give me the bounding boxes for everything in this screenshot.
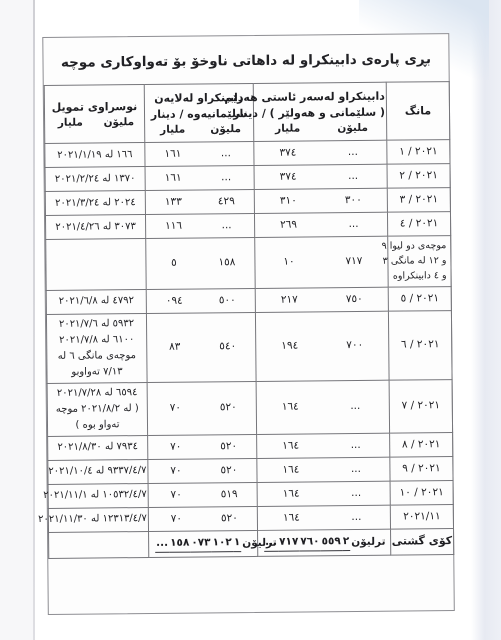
sulaymaniyah-amount-cell: ١٦١... bbox=[145, 141, 254, 166]
region-amount-cell: ١٦٤... bbox=[257, 457, 390, 482]
million-value: ... bbox=[321, 168, 386, 185]
cell-line: ٤٧٩٢ لە ٢٠٢١/٦/٨ bbox=[48, 293, 145, 310]
region-amount-cell: ١٦٤... bbox=[257, 481, 390, 506]
cell-line: ١٦٦ لە ٢٠٢١/١/١٩ bbox=[46, 147, 143, 164]
billion-value: ٨٣ bbox=[148, 339, 201, 356]
region-amount-cell: ١٦٤... bbox=[256, 380, 390, 434]
million-value: ٥٤٠ bbox=[201, 338, 254, 355]
sulaymaniyah-amount-cell: ٧٠٥١٩ bbox=[148, 482, 257, 507]
funding-letter-cell: ١٣٧٠ لە ٢٠٢١/٢/٢٤ bbox=[45, 167, 145, 192]
million-value: ... bbox=[321, 216, 386, 233]
total-funding-cell bbox=[49, 531, 149, 558]
million-value: ٤٢٩ bbox=[200, 193, 253, 210]
billion-value: ١٦٤ bbox=[259, 485, 324, 502]
million-value: ... bbox=[323, 436, 388, 453]
unit-billion-label: ملیار bbox=[146, 124, 199, 137]
month-cell: ٢٠٢١ / ٩ bbox=[390, 456, 453, 481]
table-body: ١٦٦ لە ٢٠٢١/١/١٩١٦١...٣٧٤...٢٠٢١ / ١١٣٧٠… bbox=[45, 140, 454, 532]
cell-line: ٦١٠٠ لە ٢٠٢١/٧/٨ bbox=[48, 332, 145, 349]
month-cell: ٢٠٢١ / ٧ bbox=[389, 379, 453, 433]
total-region-tokens: ...٧١٧٧٦٠٥٥٩٢ترلیۆن bbox=[259, 533, 389, 552]
sulaymaniyah-amount-cell: ٧٠٥٢٠ bbox=[148, 434, 257, 459]
cell-line: ٢٠٢١ / ٣ bbox=[389, 191, 449, 208]
total-sulaymaniyah-tokens: ...١٥٨٠٧٣١٠٢١ترلیۆن bbox=[150, 534, 256, 553]
million-value: ٧٥٠ bbox=[322, 290, 387, 307]
total-label-cell: کۆی گشتی bbox=[391, 528, 454, 555]
sulaymaniyah-amount-cell: ٧٠٥٢٠ bbox=[148, 458, 257, 483]
billion-value: ١٦١ bbox=[147, 170, 200, 187]
total-figure: ١٠٢ bbox=[211, 534, 232, 552]
billion-value: ١٦٤ bbox=[258, 398, 323, 415]
funding-letter-cell: ١٦٦ لە ٢٠٢١/١/١٩ bbox=[45, 143, 145, 168]
region-amount-cell: ٢١٧٧٥٠ bbox=[255, 287, 388, 312]
month-cell: ٢٠٢١ / ٨ bbox=[390, 432, 453, 457]
month-cell: موچەی دو لیوا ٩و ١٢ لە مانگی ٣و ٤ دابینک… bbox=[388, 236, 451, 287]
cell-line: ١٢٣١٣/٤/٧ لە ٢٠٢١/١١/٣٠ bbox=[50, 511, 147, 528]
scanned-sheet: بڕی پارەی دابینکراو لە داهاتی ناوخۆ بۆ ت… bbox=[0, 0, 501, 640]
billion-value: ٢١٧ bbox=[257, 291, 322, 308]
cell-line: ٣٠٧٣ لە ٢٠٢١/٤/٢٦ bbox=[47, 219, 144, 236]
cell-line: ٢٠٢١ / ٤ bbox=[389, 215, 449, 232]
sulaymaniyah-amount-cell: ٨٣٥٤٠ bbox=[146, 312, 256, 382]
sulaymaniyah-amount-cell: ٧٠٥٢٠ bbox=[147, 381, 257, 435]
cell-line: ٧/١٣ تەواوبو bbox=[48, 364, 145, 381]
page-border-frame: بڕی پارەی دابینکراو لە داهاتی ناوخۆ بۆ ت… bbox=[42, 33, 455, 615]
month-cell: ٢٠٢١/١١ bbox=[390, 504, 453, 529]
million-value: ٣٠٠ bbox=[321, 192, 386, 209]
million-value: ٧٠٠ bbox=[322, 337, 387, 354]
grand-total-label: کۆی گشتی bbox=[392, 532, 452, 550]
total-figure: ١٥٨ bbox=[169, 535, 190, 553]
month-cell: ٢٠٢١ / ٥ bbox=[388, 286, 451, 311]
header-row: نوسراوی تمویل ملیار ملیۆن دابینکراو لەلا… bbox=[44, 82, 450, 144]
unit-billion-label: ملیار bbox=[255, 123, 320, 136]
sulaymaniyah-amount-cell: ١٣٣٤٢٩ bbox=[145, 189, 254, 214]
cell-line: تەواو بوە ) bbox=[49, 417, 146, 434]
million-value: ... bbox=[323, 398, 388, 415]
region-amount-cell: ٣١٠٣٠٠ bbox=[254, 188, 387, 213]
month-cell: ٢٠٢١ / ٤ bbox=[387, 212, 450, 237]
sulaymaniyah-amount-cell: ٠٩٤٥٠٠ bbox=[146, 288, 255, 313]
million-value: ... bbox=[320, 144, 385, 161]
month-cell: ٢٠٢١ / ٢ bbox=[387, 164, 450, 189]
billion-value: ٣٧٤ bbox=[255, 144, 320, 161]
cell-line: ٩٣٣٧/٤/٧ لە ٢٠٢١/١٠/٤ bbox=[49, 463, 146, 480]
million-value: ١٥٨ bbox=[200, 254, 253, 271]
million-value: ... bbox=[323, 460, 388, 477]
million-value: ... bbox=[200, 217, 253, 234]
month-cell: ٢٠٢١ / ٦ bbox=[388, 310, 452, 380]
billion-value: ١٦١ bbox=[146, 146, 199, 163]
total-figure: ٧٦٠ bbox=[299, 533, 320, 551]
billion-value: ١١٦ bbox=[147, 218, 200, 235]
funding-letter-cell: ٥٩٣٢ لە ٢٠٢١/٧/٦٦١٠٠ لە ٢٠٢١/٧/٨موچەی ما… bbox=[46, 313, 147, 383]
cell-line: ٦٥٩٤ لە ٢٠٢١/٧/٢٨ bbox=[49, 385, 146, 402]
million-value: ٥٢٠ bbox=[202, 462, 255, 479]
month-label: مانگ bbox=[388, 103, 448, 120]
header-month: مانگ bbox=[386, 82, 450, 141]
million-value: ... bbox=[324, 508, 389, 525]
region-units: ملیار ملیۆن bbox=[255, 122, 385, 135]
cell-line: ٢٠٢١ / ٨ bbox=[391, 436, 451, 453]
billion-value: ٣١٠ bbox=[256, 192, 321, 209]
table-row: ٥٩٣٢ لە ٢٠٢١/٧/٦٦١٠٠ لە ٢٠٢١/٧/٨موچەی ما… bbox=[46, 310, 452, 383]
region-amount-cell: ١٦٤... bbox=[257, 505, 390, 530]
billion-value: ٧٠ bbox=[150, 486, 203, 503]
total-figure: ٠٧٣ bbox=[190, 535, 211, 553]
region-amount-cell: ١٩٤٧٠٠ bbox=[255, 311, 389, 381]
region-amount-cell: ١٠٧١٧ bbox=[255, 236, 388, 288]
million-value: ٥٢٠ bbox=[202, 438, 255, 455]
million-value: ... bbox=[200, 169, 253, 186]
total-figure: ١ bbox=[233, 534, 242, 552]
million-value: ٥١٩ bbox=[203, 486, 256, 503]
funding-letter-cell: ٣٠٧٣ لە ٢٠٢١/٤/٢٦ bbox=[45, 215, 145, 240]
billion-value: ٧٠ bbox=[149, 462, 202, 479]
funding-units: ملیار ملیۆن bbox=[46, 116, 143, 129]
cell-line: و ١٢ لە مانگی ٣ bbox=[389, 253, 449, 269]
cell-line: ٥٩٣٢ لە ٢٠٢١/٧/٦ bbox=[48, 316, 145, 333]
cell-line: موچەی دو لیوا ٩ bbox=[389, 238, 449, 254]
billion-value: ٠٩٤ bbox=[148, 292, 201, 309]
header-region: دابینکراو لەسەر ئاستی هەرێم ( سلێمانی و … bbox=[253, 82, 387, 141]
cell-line: ٢٠٢١ / ٧ bbox=[391, 397, 451, 414]
million-value: ... bbox=[324, 484, 389, 501]
month-cell: ٢٠٢١ / ٣ bbox=[387, 188, 450, 213]
funding-letter-cell: ٤٧٩٢ لە ٢٠٢١/٦/٨ bbox=[46, 289, 146, 314]
unit-million-label: ملیۆن bbox=[320, 122, 385, 135]
sulaymaniyah-amount-cell: ٧٠٥٢٠ bbox=[148, 506, 257, 531]
region-label-line1: دابینکراو لەسەر ئاستی هەرێم bbox=[255, 88, 385, 105]
cell-line: ٢٠٢١ / ٦ bbox=[390, 336, 450, 353]
million-value: ٥٢٠ bbox=[203, 510, 256, 527]
funding-letter-cell: ٦٥٩٤ لە ٢٠٢١/٧/٢٨( لە ٢٠٢١/٨/٢ موچەتەواو… bbox=[47, 382, 148, 436]
cell-line: ١٠٥٣٢/٤/٧ لە ٢٠٢١/١١/١ bbox=[50, 487, 147, 504]
million-value: ... bbox=[199, 145, 252, 162]
million-value: ٥٠٠ bbox=[201, 292, 254, 309]
cell-line: ٢٠٢١ / ٩ bbox=[391, 460, 451, 477]
billion-value: ١٦٤ bbox=[258, 437, 323, 454]
billion-value: ١٦٤ bbox=[258, 461, 323, 478]
billion-value: ٧٠ bbox=[149, 438, 202, 455]
funding-letter-label: نوسراوی تمویل bbox=[46, 99, 143, 116]
total-row: ...١٥٨٠٧٣١٠٢١ترلیۆن ...٧١٧٧٦٠٥٥٩٢ترلیۆن … bbox=[49, 528, 454, 558]
million-value: ٧١٧ bbox=[321, 253, 386, 270]
billion-value: ٣٧٤ bbox=[256, 168, 321, 185]
unit-billion-label: ملیار bbox=[46, 117, 95, 129]
billion-value: ٢٦٩ bbox=[256, 216, 321, 233]
region-amount-cell: ٣٧٤... bbox=[254, 164, 387, 189]
funding-letter-cell: ١٠٥٣٢/٤/٧ لە ٢٠٢١/١١/١ bbox=[48, 483, 148, 508]
total-figure: ٢ bbox=[342, 533, 351, 551]
header-funding-letter: نوسراوی تمویل ملیار ملیۆن bbox=[44, 85, 145, 144]
billion-value: ١٩٤ bbox=[257, 337, 322, 354]
sulaymaniyah-amount-cell: ١١٦... bbox=[145, 213, 254, 238]
table-row: ٦٥٩٤ لە ٢٠٢١/٧/٢٨( لە ٢٠٢١/٨/٢ موچەتەواو… bbox=[47, 379, 452, 436]
million-value: ٥٢٠ bbox=[202, 399, 255, 416]
funding-letter-cell: ٧٩٣٤ لە ٢٠٢١/٨/٣٠ bbox=[48, 435, 148, 460]
sulaymaniyah-units: ملیار ملیۆن bbox=[146, 123, 252, 136]
trillion-word: ترلیۆن bbox=[350, 533, 386, 550]
unit-million-label: ملیۆن bbox=[199, 123, 252, 136]
total-figure: ... bbox=[264, 534, 278, 552]
cell-line: ٢٠٢٤ لە ٢٠٢١/٣/٢٤ bbox=[47, 195, 144, 212]
total-figure: ٧١٧ bbox=[278, 534, 299, 552]
billion-value: ١٣٣ bbox=[147, 194, 200, 211]
region-amount-cell: ٢٦٩... bbox=[254, 212, 387, 237]
funding-letter-cell: ٢٠٢٤ لە ٢٠٢١/٣/٢٤ bbox=[45, 191, 145, 216]
table-row: ٥١٥٨١٠٧١٧موچەی دو لیوا ٩و ١٢ لە مانگی ٣و… bbox=[46, 236, 451, 290]
month-cell: ٢٠٢١ / ١٠ bbox=[390, 480, 453, 505]
funding-letter-cell: ١٢٣١٣/٤/٧ لە ٢٠٢١/١١/٣٠ bbox=[48, 507, 148, 532]
cell-line: ٢٠٢١ / ٥ bbox=[390, 290, 450, 307]
region-amount-cell: ١٦٤... bbox=[257, 433, 390, 458]
month-cell: ٢٠٢١ / ١ bbox=[387, 140, 450, 165]
cell-line: و ٤ دابینکراوە bbox=[390, 268, 450, 284]
region-amount-cell: ٣٧٤... bbox=[254, 140, 387, 165]
cell-line: ١٣٧٠ لە ٢٠٢١/٢/٢٤ bbox=[47, 171, 144, 188]
cell-line: موچەی مانگی ٦ لە bbox=[48, 348, 145, 365]
billion-value: ٧٠ bbox=[149, 400, 202, 417]
total-region-cell: ...٧١٧٧٦٠٥٥٩٢ترلیۆن bbox=[258, 529, 391, 556]
unit-million-label: ملیۆن bbox=[95, 116, 144, 128]
total-sulaymaniyah-cell: ...١٥٨٠٧٣١٠٢١ترلیۆن bbox=[149, 530, 258, 557]
document-title: بڕی پارەی دابینکراو لە داهاتی ناوخۆ بۆ ت… bbox=[49, 51, 442, 71]
billion-value: ١٦٤ bbox=[259, 509, 324, 526]
billion-value: ٥ bbox=[147, 255, 200, 272]
total-figure: ٥٥٩ bbox=[320, 533, 341, 551]
cell-line: ( لە ٢٠٢١/٨/٢ موچە bbox=[49, 401, 146, 418]
cell-line: ٢٠٢١ / ١ bbox=[388, 143, 448, 160]
cell-line: ٢٠٢١ / ١٠ bbox=[392, 484, 452, 501]
billion-value: ١٠ bbox=[256, 254, 321, 271]
cell-line: ٢٠٢١/١١ bbox=[392, 508, 452, 525]
salary-funding-table: نوسراوی تمویل ملیار ملیۆن دابینکراو لەلا… bbox=[44, 81, 455, 558]
cell-line: ٧٩٣٤ لە ٢٠٢١/٨/٣٠ bbox=[49, 439, 146, 456]
sulaymaniyah-amount-cell: ١٦١... bbox=[145, 165, 254, 190]
sulaymaniyah-amount-cell: ٥١٥٨ bbox=[146, 237, 255, 289]
billion-value: ٧٠ bbox=[150, 510, 203, 527]
region-label-line2: ( سلێمانی و هەولێر ) / دینار bbox=[255, 104, 385, 121]
funding-letter-cell bbox=[46, 239, 146, 291]
cell-line: ٢٠٢١ / ٢ bbox=[389, 167, 449, 184]
funding-letter-cell: ٩٣٣٧/٤/٧ لە ٢٠٢١/١٠/٤ bbox=[48, 459, 148, 484]
total-figure: ... bbox=[155, 535, 169, 553]
